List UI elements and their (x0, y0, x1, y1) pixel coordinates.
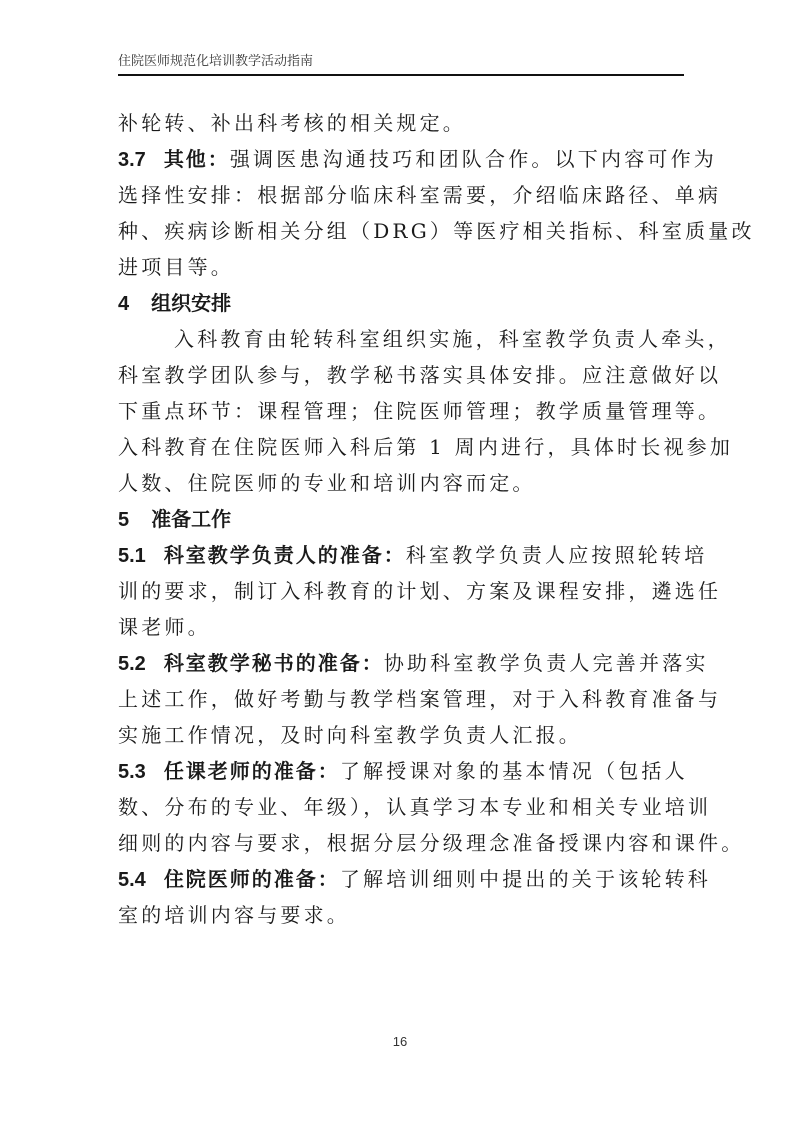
section-title: 准备工作 (151, 507, 231, 531)
paragraph-line: 下重点环节：课程管理；住院医师管理；教学质量管理等。 (118, 393, 684, 429)
paragraph-text: 协助科室教学负责人完善并落实 (384, 651, 709, 675)
section-number: 5.1 (118, 538, 146, 574)
paragraph-line: 上述工作，做好考勤与教学档案管理，对于入科教育准备与 (118, 681, 684, 717)
section-number: 4 (118, 286, 129, 322)
section-label: 科室教学负责人的准备： (164, 543, 406, 567)
page-number: 16 (0, 1034, 800, 1049)
continuation-line: 补轮转、补出科考核的相关规定。 (118, 105, 684, 141)
section-number: 5.4 (118, 862, 146, 898)
paragraph-text: 了解培训细则中提出的关于该轮转科 (340, 867, 711, 891)
paragraph-line: 室的培训内容与要求。 (118, 897, 684, 933)
section-5-4-line-1: 5.4住院医师的准备：了解培训细则中提出的关于该轮转科 (118, 861, 684, 897)
page-body: 补轮转、补出科考核的相关规定。 3.7其他：强调医患沟通技巧和团队合作。以下内容… (118, 105, 684, 933)
paragraph-line: 训的要求，制订入科教育的计划、方案及课程安排，遴选任 (118, 573, 684, 609)
section-5-1-line-1: 5.1科室教学负责人的准备：科室教学负责人应按照轮转培 (118, 537, 684, 573)
section-label: 住院医师的准备： (164, 867, 340, 891)
section-5-3-line-1: 5.3任课老师的准备：了解授课对象的基本情况（包括人 (118, 753, 684, 789)
section-label: 任课老师的准备： (164, 759, 340, 783)
section-5-2-line-1: 5.2科室教学秘书的准备：协助科室教学负责人完善并落实 (118, 645, 684, 681)
section-label: 其他： (164, 147, 230, 171)
paragraph-line: 入科教育由轮转科室组织实施，科室教学负责人牵头， (118, 321, 684, 357)
paragraph-text: 了解授课对象的基本情况（包括人 (340, 759, 688, 783)
paragraph-line: 实施工作情况，及时向科室教学负责人汇报。 (118, 717, 684, 753)
section-number: 5 (118, 502, 129, 538)
section-4-heading: 4组织安排 (118, 285, 684, 321)
paragraph-line: 选择性安排：根据部分临床科室需要，介绍临床路径、单病 (118, 177, 684, 213)
paragraph-line: 细则的内容与要求，根据分层分级理念准备授课内容和课件。 (118, 825, 684, 861)
running-header: 住院医师规范化培训教学活动指南 (118, 52, 684, 76)
section-number: 5.3 (118, 754, 146, 790)
paragraph-text: 科室教学负责人应按照轮转培 (406, 543, 708, 567)
section-number: 5.2 (118, 646, 146, 682)
paragraph-line: 科室教学团队参与，教学秘书落实具体安排。应注意做好以 (118, 357, 684, 393)
paragraph-line: 进项目等。 (118, 249, 684, 285)
paragraph-line: 种、疾病诊断相关分组（DRG）等医疗相关指标、科室质量改 (118, 213, 684, 249)
paragraph-text: 强调医患沟通技巧和团队合作。以下内容可作为 (230, 147, 717, 171)
header-title: 住院医师规范化培训教学活动指南 (118, 54, 313, 70)
section-number: 3.7 (118, 142, 146, 178)
paragraph-line: 数、分布的专业、年级），认真学习本专业和相关专业培训 (118, 789, 684, 825)
section-3-7-line-1: 3.7其他：强调医患沟通技巧和团队合作。以下内容可作为 (118, 141, 684, 177)
paragraph-line: 入科教育在住院医师入科后第 1 周内进行，具体时长视参加 (118, 429, 684, 465)
section-title: 组织安排 (151, 291, 231, 315)
paragraph-line: 课老师。 (118, 609, 684, 645)
paragraph-line: 人数、住院医师的专业和培训内容而定。 (118, 465, 684, 501)
section-5-heading: 5准备工作 (118, 501, 684, 537)
section-label: 科室教学秘书的准备： (164, 651, 384, 675)
